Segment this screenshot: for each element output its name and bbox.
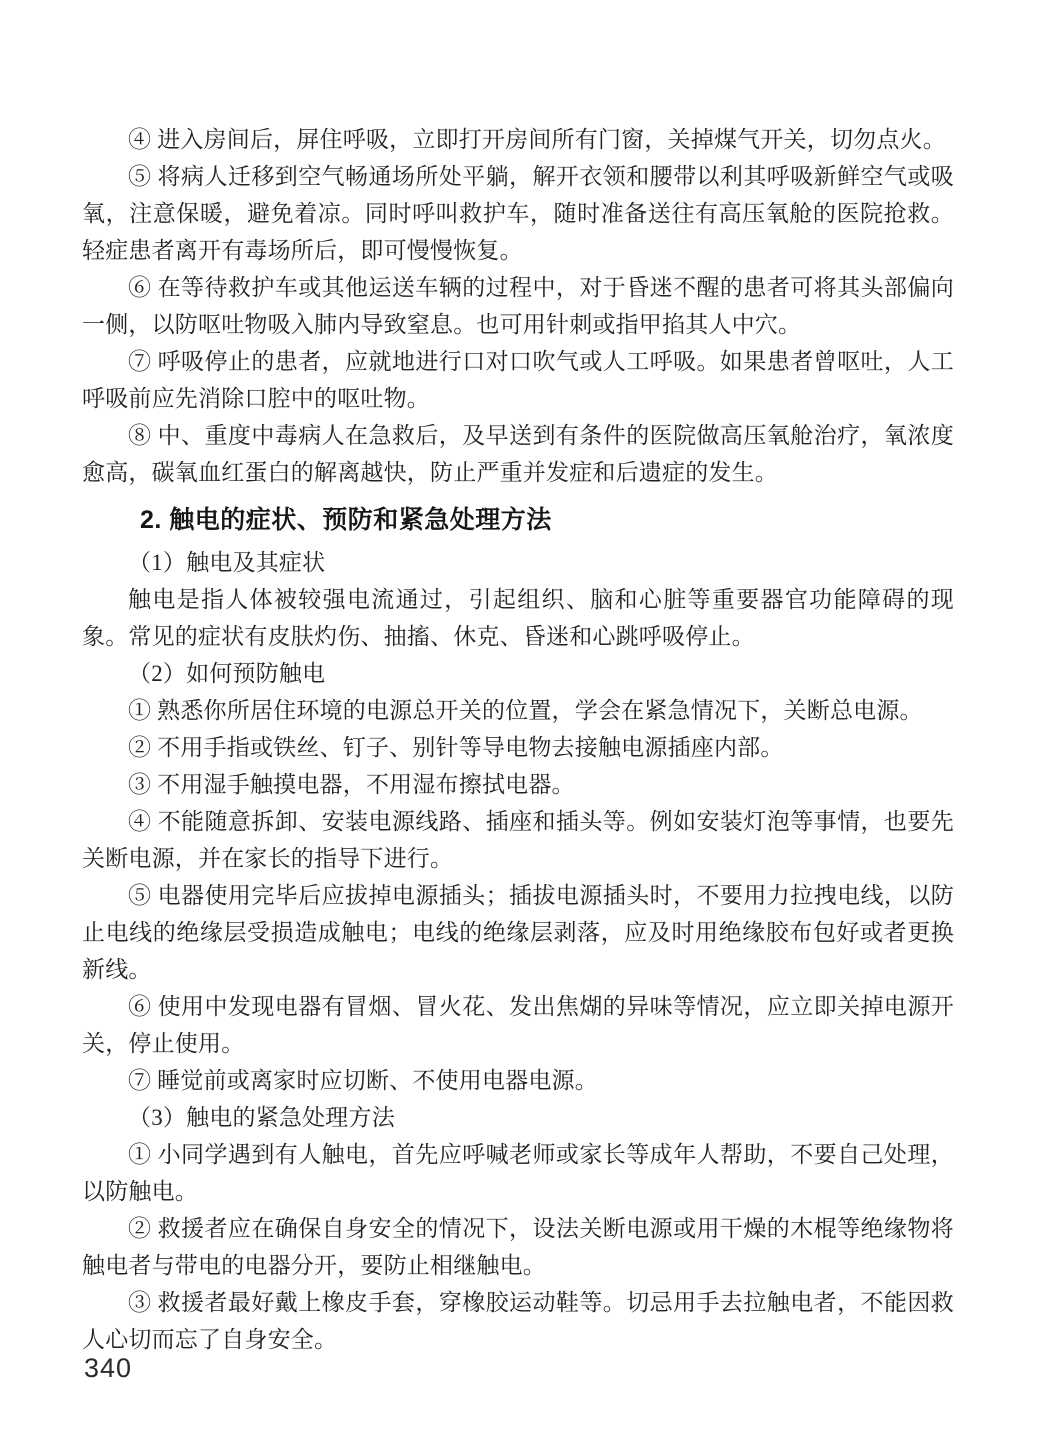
subsection-heading-2: （2）如何预防触电 [82,655,954,692]
list-item-co-6: ⑥ 在等待救护车或其他运送车辆的过程中，对于昏迷不醒的患者可将其头部偏向一侧，以… [82,269,954,343]
paragraph-symptoms: 触电是指人体被较强电流通过，引起组织、脑和心脏等重要器官功能障碍的现象。常见的症… [82,581,954,655]
subsection-heading-1: （1）触电及其症状 [82,544,954,581]
list-item-prevent-6: ⑥ 使用中发现电器有冒烟、冒火花、发出焦煳的异味等情况，应立即关掉电源开关，停止… [82,988,954,1062]
list-item-prevent-5: ⑤ 电器使用完毕后应拔掉电源插头；插拔电源插头时，不要用力拉拽电线，以防止电线的… [82,877,954,988]
section-heading: 2. 触电的症状、预防和紧急处理方法 [82,502,954,539]
list-item-prevent-3: ③ 不用湿手触摸电器，不用湿布擦拭电器。 [82,766,954,803]
list-item-co-8: ⑧ 中、重度中毒病人在急救后，及早送到有条件的医院做高压氧舱治疗，氧浓度愈高，碳… [82,417,954,491]
list-item-rescue-1: ① 小同学遇到有人触电，首先应呼喊老师或家长等成年人帮助，不要自己处理，以防触电… [82,1136,954,1210]
book-page: ④ 进入房间后，屏住呼吸，立即打开房间所有门窗，关掉煤气开关，切勿点火。 ⑤ 将… [0,0,1038,1452]
list-item-rescue-2: ② 救援者应在确保自身安全的情况下，设法关断电源或用干燥的木棍等绝缘物将触电者与… [82,1210,954,1284]
list-item-prevent-4: ④ 不能随意拆卸、安装电源线路、插座和插头等。例如安装灯泡等事情，也要先关断电源… [82,803,954,877]
list-item-co-5: ⑤ 将病人迁移到空气畅通场所处平躺，解开衣领和腰带以利其呼吸新鲜空气或吸氧，注意… [82,158,954,269]
list-item-prevent-1: ① 熟悉你所居住环境的电源总开关的位置，学会在紧急情况下，关断总电源。 [82,692,954,729]
list-item-rescue-3: ③ 救援者最好戴上橡皮手套，穿橡胶运动鞋等。切忌用手去拉触电者，不能因救人心切而… [82,1284,954,1358]
list-item-co-4: ④ 进入房间后，屏住呼吸，立即打开房间所有门窗，关掉煤气开关，切勿点火。 [82,121,954,158]
page-text-block: ④ 进入房间后，屏住呼吸，立即打开房间所有门窗，关掉煤气开关，切勿点火。 ⑤ 将… [82,121,954,1358]
subsection-heading-3: （3）触电的紧急处理方法 [82,1099,954,1136]
list-item-co-7: ⑦ 呼吸停止的患者，应就地进行口对口吹气或人工呼吸。如果患者曾呕吐，人工呼吸前应… [82,343,954,417]
list-item-prevent-7: ⑦ 睡觉前或离家时应切断、不使用电器电源。 [82,1062,954,1099]
page-number: 340 [84,1352,132,1384]
list-item-prevent-2: ② 不用手指或铁丝、钉子、别针等导电物去接触电源插座内部。 [82,729,954,766]
